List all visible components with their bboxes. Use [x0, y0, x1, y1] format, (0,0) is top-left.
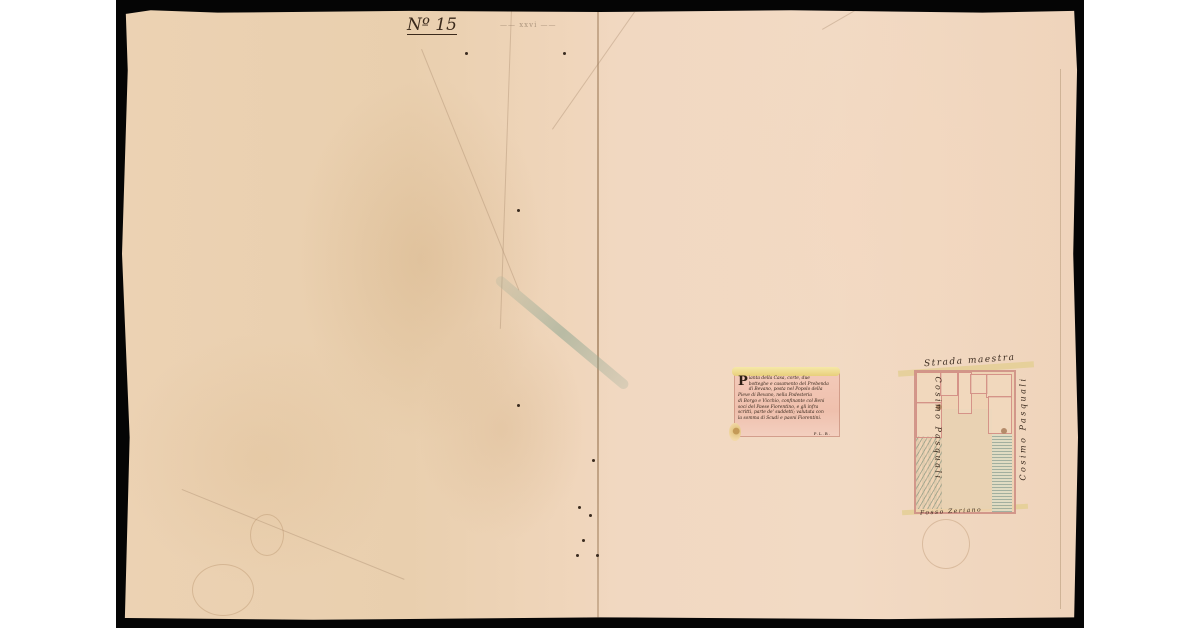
- cartouche-signature: P.L.B.: [814, 431, 831, 436]
- sheet-annotation: —— xxvi ——: [500, 21, 557, 29]
- pin-hole: [465, 52, 468, 55]
- faint-pencil-line: [552, 0, 668, 130]
- courtyard: [942, 409, 992, 509]
- pin-hole: [578, 506, 581, 509]
- pin-hole: [576, 554, 579, 557]
- center-fold: [597, 9, 599, 621]
- label-right-neighbor: Cosimo Pasquali: [1019, 359, 1028, 499]
- cartouche-text-block: Pianta della Casa, corte, due botteghe e…: [738, 376, 836, 422]
- building-room: [988, 396, 1012, 434]
- title-cartouche: Pianta della Casa, corte, due botteghe e…: [729, 367, 841, 441]
- water-stain: [250, 514, 284, 556]
- pin-hole: [517, 404, 520, 407]
- pin-hole: [582, 539, 585, 542]
- watercourse-wash: [494, 274, 631, 391]
- cartouche-scroll-roll: [732, 367, 840, 376]
- label-left-neighbor: Cosimo Pasquali: [934, 359, 943, 499]
- pin-hole: [596, 554, 599, 557]
- building-room: [986, 374, 1012, 398]
- well-icon: [1001, 428, 1007, 434]
- water-stain: [922, 519, 970, 569]
- map-sheet: Nº 15 —— xxvi —— Pianta della Casa, cort…: [122, 9, 1078, 621]
- pin-hole: [517, 209, 520, 212]
- binding-edge-line: [1060, 69, 1061, 609]
- cartouche-scroll-curl-icon: [729, 423, 741, 441]
- pin-hole: [589, 514, 592, 517]
- pin-hole: [592, 459, 595, 462]
- cartouche-initial: P: [738, 376, 748, 388]
- cartouche-description: ianta della Casa, corte, due botteghe e …: [738, 376, 829, 421]
- pin-hole: [563, 52, 566, 55]
- property-plan: Strada maestra Cosimo Pasquali Cosimo Pa…: [898, 354, 1034, 519]
- building-room: [940, 372, 958, 396]
- sheet-number: Nº 15: [407, 16, 457, 35]
- water-stain: [192, 564, 254, 616]
- garden-plot-right: [992, 434, 1012, 512]
